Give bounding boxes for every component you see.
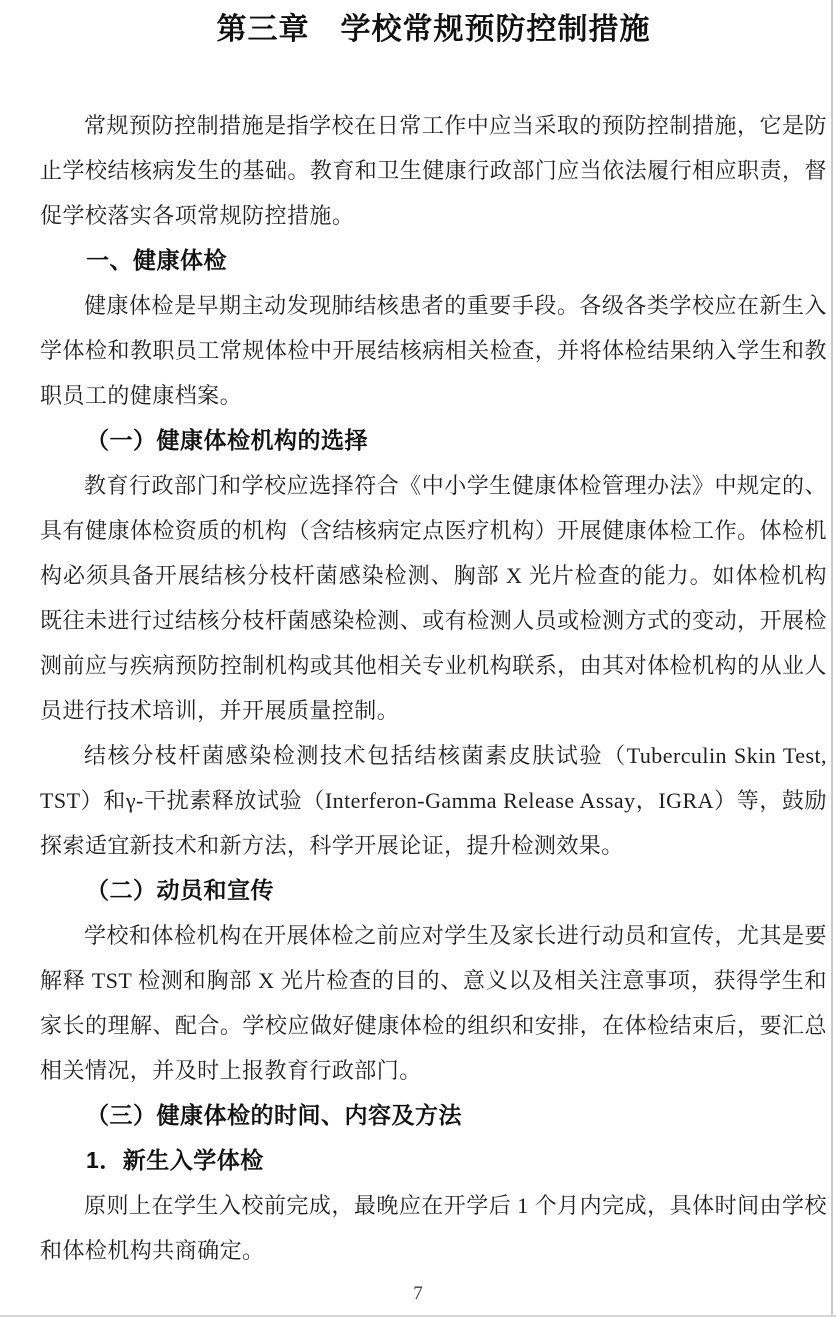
page-number: 7	[0, 1283, 836, 1305]
section-1-lead-paragraph: 健康体检是早期主动发现肺结核患者的重要手段。各级各类学校应在新生入学体检和教职员…	[40, 283, 827, 418]
chapter-title: 第三章 学校常规预防控制措施	[40, 0, 827, 48]
subsection-2-paragraph: 学校和体检机构在开展体检之前应对学生及家长进行动员和宣传，尤其是要解释 TST …	[40, 913, 827, 1093]
intro-paragraph: 常规预防控制措施是指学校在日常工作中应当采取的预防控制措施，它是防止学校结核病发…	[40, 103, 827, 238]
item-1-heading: 1．新生入学体检	[40, 1138, 827, 1183]
section-1-heading: 一、健康体检	[40, 238, 827, 283]
page-right-edge-line	[831, 0, 833, 1317]
document-page: 第三章 学校常规预防控制措施 常规预防控制措施是指学校在日常工作中应当采取的预防…	[0, 0, 836, 1317]
page-content: 第三章 学校常规预防控制措施 常规预防控制措施是指学校在日常工作中应当采取的预防…	[0, 0, 836, 1273]
subsection-2-heading: （二）动员和宣传	[40, 868, 827, 913]
subsection-1-heading: （一）健康体检机构的选择	[40, 418, 827, 463]
item-1-paragraph: 原则上在学生入校前完成，最晚应在开学后 1 个月内完成，具体时间由学校和体检机构…	[40, 1183, 827, 1273]
subsection-1-paragraph-2: 结核分枝杆菌感染检测技术包括结核菌素皮肤试验（Tuberculin Skin T…	[40, 733, 827, 868]
subsection-3-heading: （三）健康体检的时间、内容及方法	[40, 1093, 827, 1138]
subsection-1-paragraph-1: 教育行政部门和学校应选择符合《中小学生健康体检管理办法》中规定的、具有健康体检资…	[40, 463, 827, 733]
